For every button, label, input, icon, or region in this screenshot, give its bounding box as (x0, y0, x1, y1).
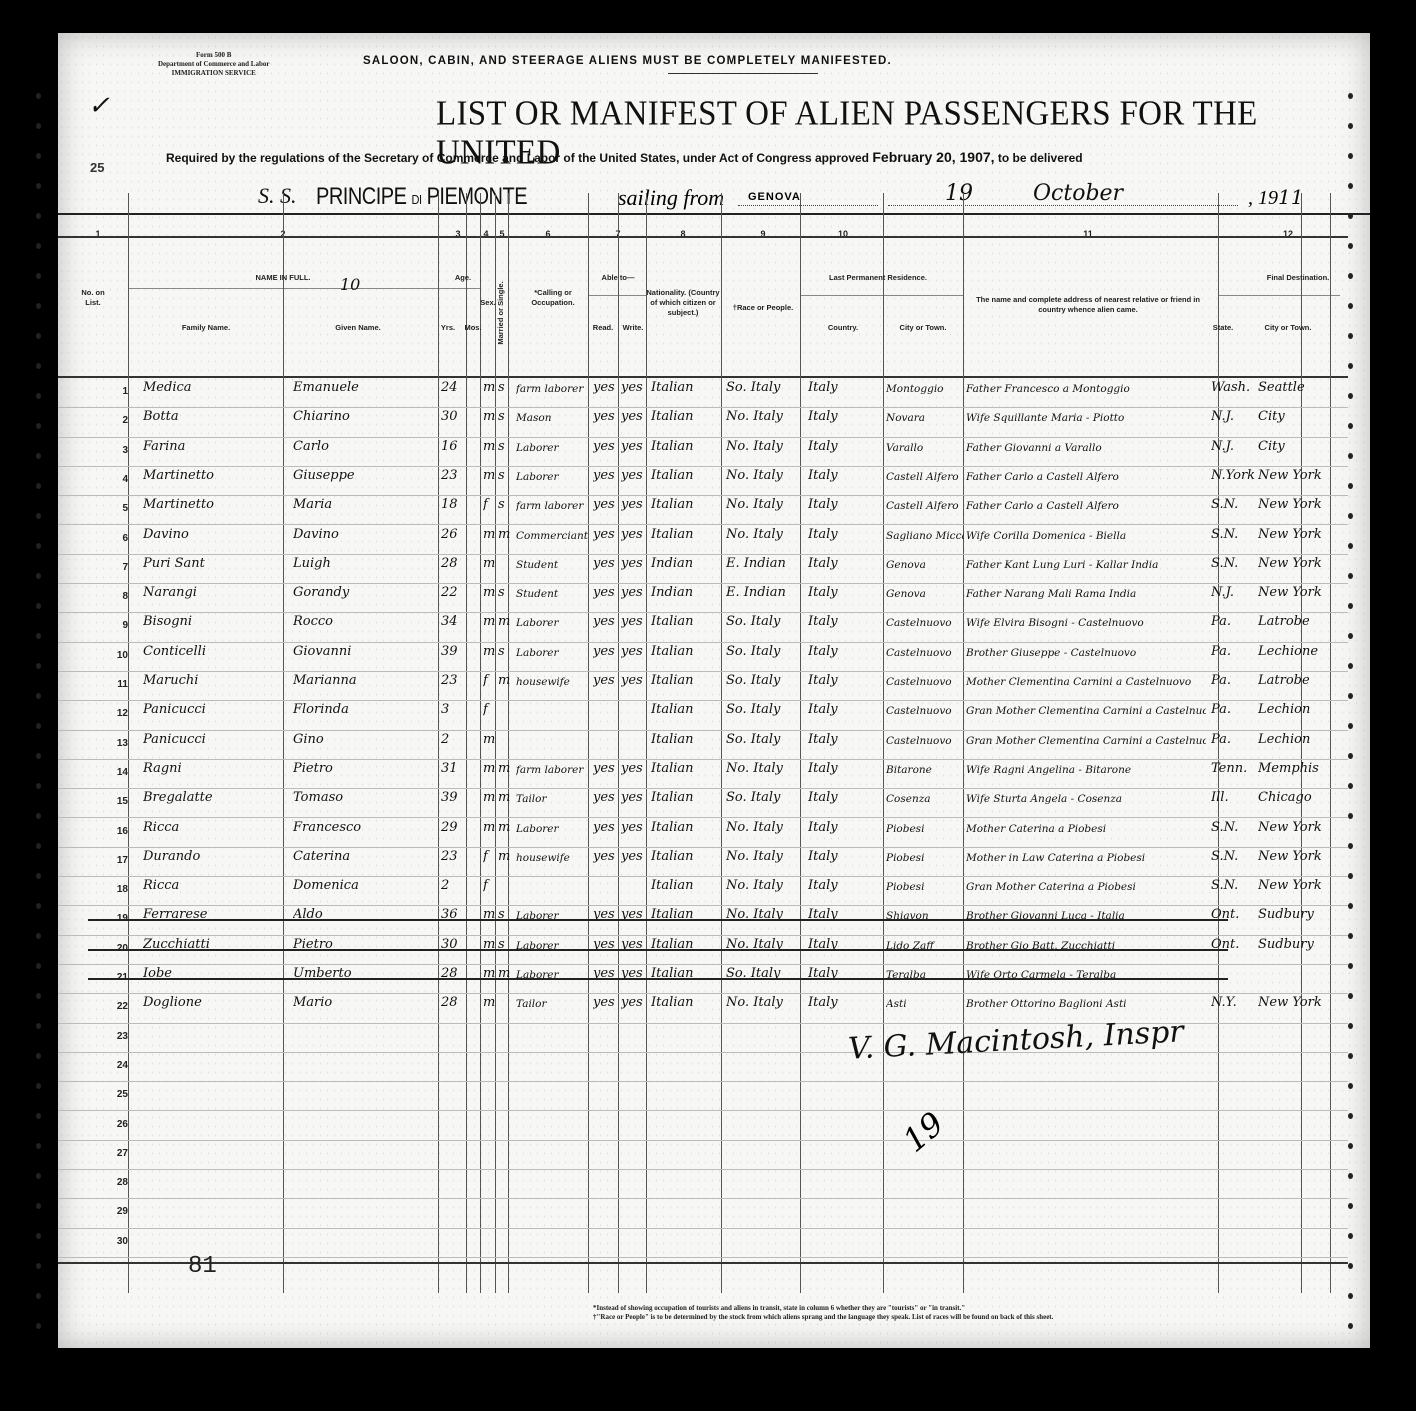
table-row: 29 (58, 1198, 1348, 1224)
residence-city: Piobesi (886, 852, 964, 864)
residence-country: Italy (808, 761, 880, 776)
state-header: State. (1213, 323, 1233, 333)
marital-status: s (498, 409, 510, 424)
destination-city: Lechion (1258, 702, 1330, 717)
hole-punch (1348, 633, 1353, 639)
regulation-statement: Required by the regulations of the Secre… (166, 149, 1083, 165)
sex: m (483, 790, 497, 805)
hole-punch (1348, 363, 1353, 369)
nationality: Italian (651, 790, 721, 805)
marital-status: m (498, 790, 510, 805)
hole-punch (1348, 843, 1353, 849)
row-number: 16 (98, 826, 128, 837)
hole-punch (1348, 813, 1353, 819)
nearest-relative: Wife Squillante Maria - Piotto (966, 412, 1206, 424)
table-row: 7Puri SantLuigh28mStudentyesyesIndianE. … (58, 554, 1348, 580)
given-name: Davino (293, 527, 433, 542)
rule (58, 236, 1348, 238)
hole-punch (1348, 1263, 1353, 1269)
residence-city: Bitarone (886, 764, 964, 776)
destination-state: Pa. (1211, 614, 1255, 629)
sex: m (483, 380, 497, 395)
destination-city: Chicago (1258, 790, 1330, 805)
hole-punch (1348, 1173, 1353, 1179)
row-rule (58, 1257, 1348, 1258)
age: 39 (441, 790, 463, 805)
hole-punch (36, 573, 41, 579)
nationality: Indian (651, 556, 721, 571)
hole-punch (1348, 243, 1353, 249)
hole-punch (1348, 333, 1353, 339)
given-name: Domenica (293, 878, 433, 893)
family-name: Panicucci (143, 732, 283, 747)
residence-city: Piobesi (886, 823, 964, 835)
hole-punch (36, 963, 41, 969)
destination-city: City (1258, 439, 1330, 454)
footnotes: *Instead of showing occupation of touris… (593, 1304, 1053, 1322)
can-write: yes (621, 556, 647, 571)
hole-punch (1348, 873, 1353, 879)
hole-punch (1348, 483, 1353, 489)
hole-punch (1348, 933, 1353, 939)
destination-city: New York (1258, 820, 1330, 835)
hole-punch (36, 813, 41, 819)
calling-header: *Calling or Occupation. (523, 288, 583, 308)
can-read: yes (593, 820, 619, 835)
residence-city: Cosenza (886, 793, 964, 805)
residence-country: Italy (808, 585, 880, 600)
table-row: 19FerrareseAldo36msLaboreryesyesItalianN… (58, 905, 1348, 931)
hole-punch (1348, 1233, 1353, 1239)
given-name: Florinda (293, 702, 433, 717)
hole-punch (1348, 573, 1353, 579)
row-number: 3 (98, 445, 128, 456)
age-header: Age. (455, 273, 471, 283)
strikethrough-line (88, 978, 1228, 980)
sex: m (483, 468, 497, 483)
hole-punch (1348, 993, 1353, 999)
marital-status: s (498, 585, 510, 600)
row-number: 24 (98, 1060, 128, 1071)
can-write: yes (621, 849, 647, 864)
hole-punch (1348, 1023, 1353, 1029)
can-write: yes (621, 468, 647, 483)
destination-city: Latrobe (1258, 673, 1330, 688)
relative-header: The name and complete address of nearest… (973, 295, 1203, 315)
age: 23 (441, 468, 463, 483)
strikethrough-line (88, 949, 1228, 951)
hole-punch (36, 123, 41, 129)
family-name: Doglione (143, 995, 283, 1010)
dest-city-header: City or Town. (1265, 323, 1312, 333)
residence-city: Varallo (886, 442, 964, 454)
age: 18 (441, 497, 463, 512)
destination-city: Memphis (1258, 761, 1330, 776)
destination-state: S.N. (1211, 497, 1255, 512)
hole-punch (36, 1293, 41, 1299)
residence-country: Italy (808, 820, 880, 835)
table-row: 5MartinettoMaria18fsfarm laboreryesyesIt… (58, 495, 1348, 521)
occupation: Mason (516, 412, 588, 424)
row-number: 1 (98, 386, 128, 397)
binding-holes-left (36, 33, 46, 1348)
sailing-label: sailing from (618, 185, 724, 211)
destination-city: Sudbury (1258, 907, 1330, 922)
destination-state: Pa. (1211, 732, 1255, 747)
table-row: 1MedicaEmanuele24msfarm laboreryesyesIta… (58, 378, 1348, 404)
nearest-relative: Father Giovanni a Varallo (966, 442, 1206, 454)
nearest-relative: Gran Mother Clementina Carnini a Casteln… (966, 705, 1206, 717)
departure-port: GENOVA (748, 191, 801, 203)
hole-punch (36, 1143, 41, 1149)
hole-punch (36, 363, 41, 369)
rule (128, 288, 480, 289)
manifest-warning: SALOON, CABIN, AND STEERAGE ALIENS MUST … (363, 55, 892, 67)
row-number: 11 (98, 679, 128, 690)
age: 22 (441, 585, 463, 600)
nearest-relative: Mother in Law Caterina a Piobesi (966, 852, 1206, 864)
hole-punch (36, 1113, 41, 1119)
row-number: 17 (98, 855, 128, 866)
marital-status: m (498, 673, 510, 688)
table-row: 15BregalatteTomaso39mmTailoryesyesItalia… (58, 788, 1348, 814)
row-number: 29 (98, 1206, 128, 1217)
form-identifier: Form 500 B Department of Commerce and La… (158, 51, 269, 78)
nearest-relative: Father Carlo a Castell Alfero (966, 500, 1206, 512)
race: No. Italy (726, 878, 798, 893)
table-row: 9BisogniRocco34mmLaboreryesyesItalianSo.… (58, 612, 1348, 638)
residence-country: Italy (808, 673, 880, 688)
age: 29 (441, 820, 463, 835)
age: 2 (441, 732, 463, 747)
hole-punch (36, 993, 41, 999)
nationality: Italian (651, 702, 721, 717)
nationality: Italian (651, 439, 721, 454)
nationality: Indian (651, 585, 721, 600)
residence-city: Castelnuovo (886, 617, 964, 629)
row-number: 15 (98, 796, 128, 807)
hole-punch (36, 1323, 41, 1329)
race: So. Italy (726, 673, 798, 688)
nearest-relative: Father Francesco a Montoggio (966, 383, 1206, 395)
nationality: Italian (651, 497, 721, 512)
age: 26 (441, 527, 463, 542)
nearest-relative: Gran Mother Caterina a Piobesi (966, 881, 1206, 893)
nationality: Italian (651, 820, 721, 835)
table-row: 10ConticelliGiovanni39msLaboreryesyesIta… (58, 642, 1348, 668)
sex: m (483, 732, 497, 747)
marital-status: m (498, 614, 510, 629)
hole-punch (1348, 1083, 1353, 1089)
given-name: Caterina (293, 849, 433, 864)
can-read: yes (593, 614, 619, 629)
occupation: housewife (516, 852, 588, 864)
sex: m (483, 644, 497, 659)
residence-city: Novara (886, 412, 964, 424)
rule (1218, 295, 1340, 296)
row-number: 6 (98, 533, 128, 544)
race: So. Italy (726, 790, 798, 805)
occupation: housewife (516, 676, 588, 688)
sex: f (483, 673, 497, 688)
can-read: yes (593, 585, 619, 600)
table-row: 20ZucchiattiPietro30msLaboreryesyesItali… (58, 935, 1348, 961)
hole-punch (1348, 543, 1353, 549)
nationality-header: Nationality. (Country of which citizen o… (646, 288, 721, 318)
rule (58, 213, 1370, 215)
residence-country: Italy (808, 849, 880, 864)
ship-line: S. S. PRINCIPE DI PIEMONTE (258, 183, 527, 209)
destination-state: S.N. (1211, 878, 1255, 893)
age: 16 (441, 439, 463, 454)
sex: m (483, 439, 497, 454)
can-read: yes (593, 380, 619, 395)
nearest-relative: Mother Clementina Carnini a Castelnuovo (966, 676, 1206, 688)
sex: f (483, 497, 497, 512)
marital-status: s (498, 468, 510, 483)
given-name: Emanuele (293, 380, 433, 395)
hole-punch (1348, 723, 1353, 729)
destination-state: S.N. (1211, 527, 1255, 542)
can-write: yes (621, 585, 647, 600)
hole-punch (1348, 513, 1353, 519)
hole-punch (1348, 663, 1353, 669)
hole-punch (36, 603, 41, 609)
nearest-relative: Wife Ragni Angelina - Bitarone (966, 764, 1206, 776)
residence-country: Italy (808, 439, 880, 454)
row-number: 27 (98, 1148, 128, 1159)
row-number: 22 (98, 1001, 128, 1012)
given-name: Giovanni (293, 644, 433, 659)
occupation: farm laborer (516, 500, 588, 512)
hole-punch (36, 783, 41, 789)
residence-city: Castelnuovo (886, 676, 964, 688)
row-number: 14 (98, 767, 128, 778)
hole-punch (1348, 603, 1353, 609)
destination-state: Ill. (1211, 790, 1255, 805)
married-single-header: Married or Single. (496, 281, 506, 344)
row-number: 2 (98, 415, 128, 426)
table-row: 4MartinettoGiuseppe23msLaboreryesyesItal… (58, 466, 1348, 492)
marital-status: s (498, 380, 510, 395)
sex: m (483, 409, 497, 424)
read-header: Read. (593, 323, 613, 333)
table-row: 3FarinaCarlo16msLaboreryesyesItalianNo. … (58, 437, 1348, 463)
age: 30 (441, 409, 463, 424)
residence-city: Castell Alfero (886, 471, 964, 483)
checkmark-icon: ✓ (88, 91, 110, 121)
no-on-list-header: No. on List. (78, 288, 108, 308)
given-name: Luigh (293, 556, 433, 571)
table-row: 11MaruchiMarianna23fmhousewifeyesyesItal… (58, 671, 1348, 697)
age: 2 (441, 878, 463, 893)
destination-state: S.N. (1211, 820, 1255, 835)
hole-punch (36, 183, 41, 189)
row-number: 23 (98, 1031, 128, 1042)
rule (58, 1262, 1348, 1264)
yrs-header: Yrs. (441, 323, 455, 333)
can-write: yes (621, 995, 647, 1010)
hole-punch (1348, 1293, 1353, 1299)
row-number: 4 (98, 474, 128, 485)
hole-punch (36, 543, 41, 549)
given-name: Gorandy (293, 585, 433, 600)
destination-city: New York (1258, 878, 1330, 893)
rule (588, 295, 646, 296)
hole-punch (36, 1173, 41, 1179)
sex: m (483, 585, 497, 600)
age: 31 (441, 761, 463, 776)
nearest-relative: Wife Sturta Angela - Cosenza (966, 793, 1206, 805)
race: No. Italy (726, 820, 798, 835)
can-write: yes (621, 820, 647, 835)
race: So. Italy (726, 644, 798, 659)
department-name: Department of Commerce and Labor (158, 60, 269, 69)
table-row: 25 (58, 1081, 1348, 1107)
write-header: Write. (623, 323, 644, 333)
destination-city: New York (1258, 585, 1330, 600)
divider (668, 73, 818, 74)
destination-city: City (1258, 409, 1330, 424)
hole-punch (36, 843, 41, 849)
hole-punch (36, 213, 41, 219)
given-name: Maria (293, 497, 433, 512)
nationality: Italian (651, 878, 721, 893)
hole-punch (36, 93, 41, 99)
hole-punch (36, 693, 41, 699)
destination-state: N.J. (1211, 409, 1255, 424)
city-header: City or Town. (900, 323, 947, 333)
destination-city: Lechion (1258, 732, 1330, 747)
marital-status: s (498, 439, 510, 454)
destination-city: New York (1258, 556, 1330, 571)
residence-country: Italy (808, 878, 880, 893)
race: No. Italy (726, 849, 798, 864)
row-number: 25 (98, 1089, 128, 1100)
dotted-line (738, 205, 878, 206)
race: E. Indian (726, 556, 798, 571)
destination-state: Wash. (1211, 380, 1255, 395)
race: So. Italy (726, 380, 798, 395)
can-read: yes (593, 644, 619, 659)
row-number: 7 (98, 562, 128, 573)
family-name: Farina (143, 439, 283, 454)
sex: m (483, 614, 497, 629)
destination-city: Seattle (1258, 380, 1330, 395)
occupation: Laborer (516, 471, 588, 483)
sex: f (483, 702, 497, 717)
residence-city: Piobesi (886, 881, 964, 893)
strikethrough-line (88, 919, 1228, 921)
hole-punch (36, 1083, 41, 1089)
hole-punch (1348, 303, 1353, 309)
nearest-relative: Brother Ottorino Baglioni Asti (966, 998, 1206, 1010)
family-name: Maruchi (143, 673, 283, 688)
nearest-relative: Wife Corilla Domenica - Biella (966, 530, 1206, 542)
hole-punch (1348, 1053, 1353, 1059)
residence-country: Italy (808, 702, 880, 717)
hole-punch (36, 483, 41, 489)
destination-city: Sudbury (1258, 937, 1330, 952)
destination-state: N.J. (1211, 439, 1255, 454)
marital-status: m (498, 849, 510, 864)
age: 24 (441, 380, 463, 395)
residence-city: Castell Alfero (886, 500, 964, 512)
table-row: 21IobeUmberto28mmLaboreryesyesItalianSo.… (58, 964, 1348, 990)
residence-country: Italy (808, 644, 880, 659)
row-number: 26 (98, 1119, 128, 1130)
age: 28 (441, 995, 463, 1010)
residence-city: Montoggio (886, 383, 964, 395)
can-write: yes (621, 761, 647, 776)
row-number: 30 (98, 1236, 128, 1247)
nationality: Italian (651, 673, 721, 688)
residence-country: Italy (808, 468, 880, 483)
family-name: Ricca (143, 878, 283, 893)
can-write: yes (621, 790, 647, 805)
family-name: Bregalatte (143, 790, 283, 805)
footnote-race: †"Race or People" is to be determined by… (593, 1313, 1053, 1322)
hole-punch (1348, 393, 1353, 399)
hole-punch (36, 903, 41, 909)
residence-city: Genova (886, 559, 964, 571)
table-row: 26 (58, 1111, 1348, 1137)
age: 28 (441, 556, 463, 571)
can-write: yes (621, 644, 647, 659)
can-read: yes (593, 439, 619, 454)
sailing-month: October (1033, 181, 1123, 206)
destination-city: New York (1258, 527, 1330, 542)
hole-punch (36, 453, 41, 459)
family-name: Davino (143, 527, 283, 542)
residence-country: Italy (808, 790, 880, 805)
destination-state: N.York (1211, 468, 1255, 483)
destination-state: S.N. (1211, 556, 1255, 571)
can-write: yes (621, 497, 647, 512)
hole-punch (36, 1263, 41, 1269)
nearest-relative: Gran Mother Clementina Carnini a Casteln… (966, 735, 1206, 747)
nationality: Italian (651, 527, 721, 542)
hole-punch (36, 873, 41, 879)
given-name: Giuseppe (293, 468, 433, 483)
can-read: yes (593, 468, 619, 483)
table-row: 18RiccaDomenica2fItalianNo. ItalyItalyPi… (58, 876, 1348, 902)
hole-punch (36, 333, 41, 339)
race: No. Italy (726, 995, 798, 1010)
can-read: yes (593, 409, 619, 424)
hole-punch (36, 513, 41, 519)
mos-header: Mos. (464, 323, 481, 333)
table-row: 8NarangiGorandy22msStudentyesyesIndianE.… (58, 583, 1348, 609)
nationality: Italian (651, 761, 721, 776)
family-name: Martinetto (143, 497, 283, 512)
manifest-sheet: ✓ 25 Form 500 B Department of Commerce a… (58, 33, 1370, 1348)
final-destination-header: Final Destination. (1267, 273, 1330, 283)
hole-punch (36, 1053, 41, 1059)
hole-punch (1348, 963, 1353, 969)
family-name: Narangi (143, 585, 283, 600)
hole-punch (36, 243, 41, 249)
occupation: Tailor (516, 793, 588, 805)
destination-state: S.N. (1211, 849, 1255, 864)
destination-state: N.Y. (1211, 995, 1255, 1010)
hole-punch (1348, 1113, 1353, 1119)
given-name-header: Given Name. (335, 323, 380, 333)
sex-header: Sex. (480, 298, 495, 308)
can-read: yes (593, 673, 619, 688)
nearest-relative: Father Narang Mali Rama India (966, 588, 1206, 600)
hole-punch (1348, 903, 1353, 909)
